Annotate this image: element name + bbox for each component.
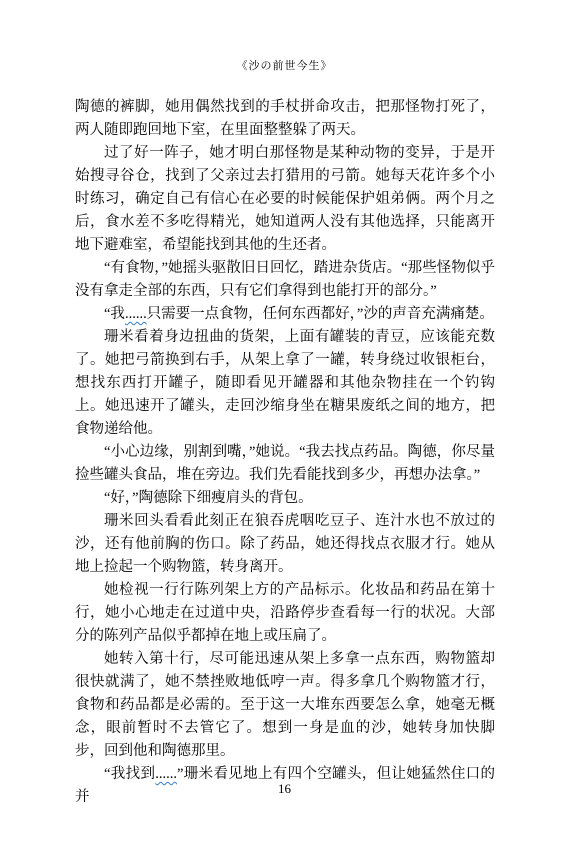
paragraph: “好，”陶德除下细瘦肩头的背包。 xyxy=(75,487,495,510)
paragraph: 陶德的裤脚，她用偶然找到的手杖拼命攻击，把那怪物打死了，两人随即跑回地下室，在里… xyxy=(75,96,495,142)
page-header-title: 《沙の前世今生》 xyxy=(0,57,569,73)
page-body: 陶德的裤脚，她用偶然找到的手杖拼命攻击，把那怪物打死了，两人随即跑回地下室，在里… xyxy=(75,96,495,809)
paragraph: “有食物，”她摇头驱散旧日回忆，踏进杂货店。“那些怪物似乎没有拿走全部的东西，只… xyxy=(75,257,495,303)
paragraph: 她检视一行行陈列架上方的产品标示。化妆品和药品在第十行，她小心地走在过道中央，沿… xyxy=(75,579,495,648)
spellcheck-ellipsis: ...... xyxy=(155,766,177,782)
paragraph: 珊米回头看看此刻正在狼吞虎咽吃豆子、连汁水也不放过的沙，还有他前胸的伤口。除了药… xyxy=(75,510,495,579)
paragraph: 过了好一阵子，她才明白那怪物是某种动物的变异，于是开始搜寻谷仓，找到了父亲过去打… xyxy=(75,142,495,257)
paragraph: “我......只需要一点食物，任何东西都好，”沙的声音充满痛楚。 xyxy=(75,303,495,326)
spellcheck-ellipsis: ...... xyxy=(125,306,147,322)
paragraph: 她转入第十行，尽可能迅速从架上多拿一点东西，购物篮却很快就满了，她不禁挫败地低哼… xyxy=(75,648,495,763)
document-page: 《沙の前世今生》 陶德的裤脚，她用偶然找到的手杖拼命攻击，把那怪物打死了，两人随… xyxy=(0,0,569,852)
paragraph: “小心边缘，别割到嘴，”她说。“我去找点药品。陶德，你尽量捡些罐头食品，堆在旁边… xyxy=(75,441,495,487)
paragraph: 珊米看着身边扭曲的货架，上面有罐装的青豆，应该能充数了。她把弓箭换到右手，从架上… xyxy=(75,326,495,441)
page-number: 16 xyxy=(0,781,569,797)
